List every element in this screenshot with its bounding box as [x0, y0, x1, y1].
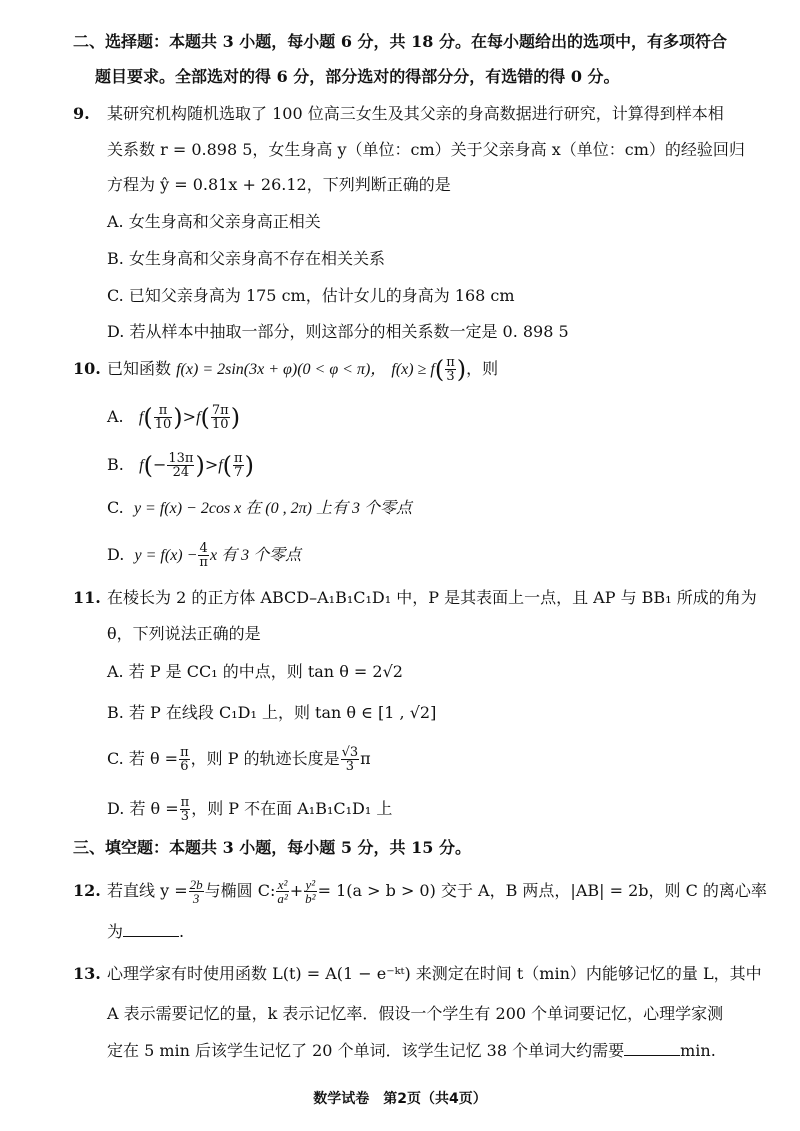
- exam-page: 二、选择题：本题共 3 小题，每小题 6 分，共 18 分。在每小题给出的选项中…: [0, 0, 800, 1131]
- q9-number: 9.: [73, 104, 107, 124]
- q12-answer-blank: [123, 922, 179, 937]
- q10-stem: 10.已知函数 f(x) = 2sin(3x + φ)(0 < φ < π)， …: [73, 356, 498, 383]
- q13-line2: A 表示需要记忆的量，k 表示记忆率．假设一个学生有 200 个单词要记忆，心理…: [107, 1004, 723, 1024]
- q9-option-a: A. 女生身高和父亲身高正相关: [107, 212, 321, 232]
- q9-line2: 关系数 r = 0.898 5，女生身高 y（单位：cm）关于父亲身高 x（单位…: [107, 140, 745, 160]
- q11-line1: 11.在棱长为 2 的正方体 ABCD–A₁B₁C₁D₁ 中，P 是其表面上一点…: [73, 588, 757, 608]
- section2-heading-line2: 题目要求。全部选对的得 6 分，部分选对的得部分分，有选错的得 0 分。: [95, 67, 620, 87]
- q10-option-d: D. y = f(x) −4πx 有 3 个零点: [107, 542, 301, 569]
- q11-option-d: D. 若 θ =π3，则 P 不在面 A₁B₁C₁D₁ 上: [107, 796, 392, 823]
- q11-option-a: A. 若 P 是 CC₁ 的中点，则 tan θ = 2√2: [107, 662, 403, 682]
- section3-heading: 三、填空题：本题共 3 小题，每小题 5 分，共 15 分。: [73, 838, 471, 858]
- q11-option-b: B. 若 P 在线段 C₁D₁ 上，则 tan θ ∈ [1 , √2]: [107, 703, 436, 723]
- q13-line1: 13.心理学家有时使用函数 L(t) = A(1 − e⁻ᵏᵗ) 来测定在时间 …: [73, 964, 762, 984]
- q9-option-c: C. 已知父亲身高为 175 cm，估计女儿的身高为 168 cm: [107, 286, 515, 306]
- q9-line1: 9.某研究机构随机选取了 100 位高三女生及其父亲的身高数据进行研究，计算得到…: [73, 104, 724, 124]
- q10-option-b: B. f(−13π24)>f(π7): [107, 452, 254, 479]
- q9-option-d: D. 若从样本中抽取一部分，则这部分的相关系数一定是 0. 898 5: [107, 322, 569, 342]
- q10-option-a: A. f(π10)>f(7π10): [107, 404, 240, 431]
- q13-line3: 定在 5 min 后该学生记忆了 20 个单词．该学生记忆 38 个单词大约需要…: [107, 1041, 716, 1061]
- q11-option-c: C. 若 θ =π6，则 P 的轨迹长度是√33π: [107, 746, 371, 773]
- q12-line1: 12.若直线 y =2b3与椭圆 C:x²a²+y²b²= 1(a > b > …: [73, 878, 767, 905]
- q11-line2: θ，下列说法正确的是: [107, 624, 261, 644]
- q13-answer-blank: [624, 1041, 680, 1056]
- section2-heading-line1: 二、选择题：本题共 3 小题，每小题 6 分，共 18 分。在每小题给出的选项中…: [73, 32, 727, 52]
- q12-line2: 为.: [107, 922, 184, 942]
- page-footer: 数学试卷 第2页（共4页）: [0, 1088, 800, 1108]
- q10-option-c: C. y = f(x) − 2cos x 在 (0 , 2π) 上有 3 个零点: [107, 498, 412, 519]
- q9-line3: 方程为 ŷ = 0.81x + 26.12，下列判断正确的是: [107, 175, 451, 195]
- q9-option-b: B. 女生身高和父亲身高不存在相关关系: [107, 249, 385, 269]
